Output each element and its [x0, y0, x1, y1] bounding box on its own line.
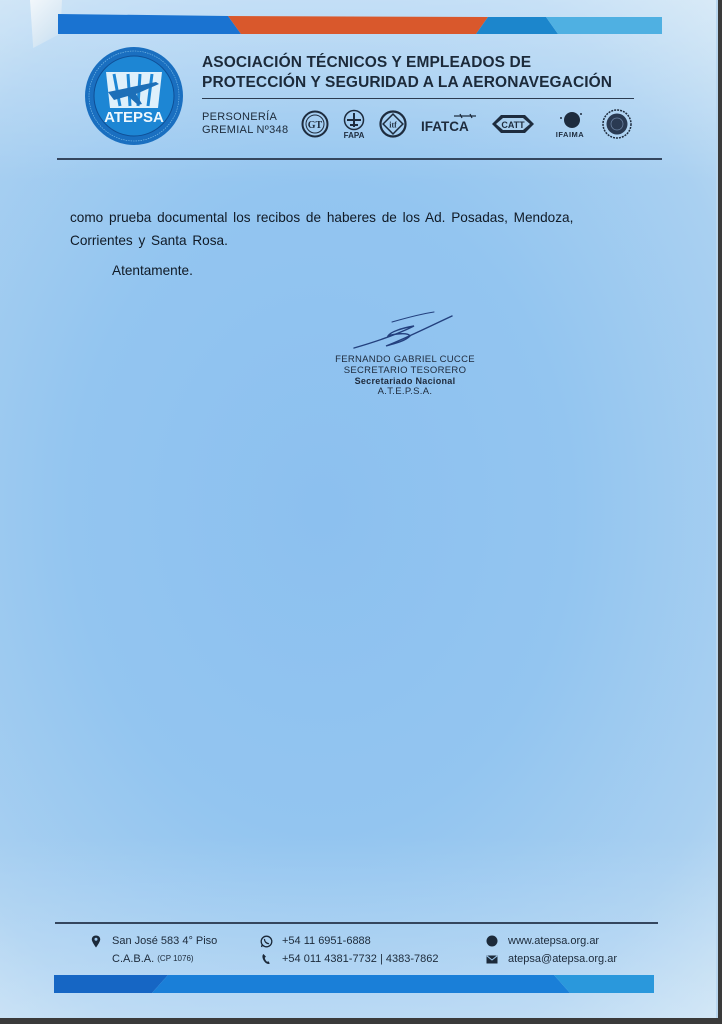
- footer-color-stripe: [54, 975, 654, 993]
- signer-department: Secretariado Nacional: [330, 376, 480, 387]
- ifaima-logo-icon: IFAIMA: [548, 107, 592, 141]
- letter-body: como prueba documental los recibos de ha…: [70, 206, 650, 252]
- envelope-icon: [484, 955, 500, 964]
- ifatca-logo-icon: IFATCA: [420, 107, 480, 141]
- organization-name: ASOCIACIÓN TÉCNICOS Y EMPLEADOS DE PROTE…: [202, 53, 642, 93]
- map-pin-icon: [88, 935, 104, 948]
- organization-name-line1: ASOCIACIÓN TÉCNICOS Y EMPLEADOS DE: [202, 53, 642, 73]
- fapa-logo-icon: FAPA: [340, 107, 368, 141]
- atepsa-logo: ATEPSA: [84, 46, 184, 146]
- svg-text:GT: GT: [308, 120, 323, 131]
- footer-divider: [55, 922, 658, 924]
- signer-organization: A.T.E.P.S.A.: [330, 387, 480, 398]
- phone-icon: [258, 953, 274, 965]
- svg-text:CATT: CATT: [501, 120, 525, 130]
- signer-title: SECRETARIO TESORERO: [330, 366, 480, 377]
- personeria-label: PERSONERÍA: [202, 111, 288, 124]
- seal-logo-icon: [600, 107, 634, 141]
- title-divider: [202, 98, 634, 99]
- signer-name: FERNANDO GABRIEL CUCCE: [330, 355, 480, 366]
- handwritten-signature: [352, 310, 456, 354]
- organization-name-line2: PROTECCIÓN Y SEGURIDAD A LA AERONAVEGACI…: [202, 73, 642, 93]
- email-link[interactable]: atepsa@atepsa.org.ar: [508, 950, 617, 968]
- catt-logo-icon: CATT: [491, 107, 535, 141]
- itf-logo-icon: itf: [378, 107, 408, 141]
- header-color-stripe: [58, 14, 662, 34]
- closing-salutation: Atentamente.: [112, 263, 193, 278]
- header-divider: [57, 158, 662, 160]
- body-line: Corrientes y Santa Rosa.: [70, 229, 650, 252]
- address-line2: C.A.B.A.: [112, 950, 154, 968]
- whatsapp-icon: [258, 935, 274, 948]
- website-link[interactable]: www.atepsa.org.ar: [508, 932, 599, 950]
- personeria-number: GREMIAL Nº348: [202, 124, 288, 137]
- phone-numbers[interactable]: +54 011 4381-7732 | 4383-7862: [282, 950, 439, 968]
- body-line: como prueba documental los recibos de ha…: [70, 206, 650, 229]
- svg-text:IFATCA: IFATCA: [421, 119, 469, 134]
- footer-address: San José 583 4° Piso C.A.B.A. (CP 1076): [88, 932, 217, 968]
- address-line1: San José 583 4° Piso: [112, 932, 217, 950]
- svg-text:ATEPSA: ATEPSA: [104, 109, 164, 126]
- postal-code: (CP 1076): [157, 950, 193, 968]
- footer-web: www.atepsa.org.ar atepsa@atepsa.org.ar: [484, 932, 617, 968]
- footer-phones: +54 11 6951-6888 +54 011 4381-7732 | 438…: [258, 932, 439, 968]
- svg-text:IFAIMA: IFAIMA: [556, 130, 584, 139]
- globe-icon: [484, 935, 500, 947]
- svg-text:itf: itf: [389, 121, 397, 130]
- cgt-logo-icon: GT: [300, 107, 330, 141]
- signature-stamp: FERNANDO GABRIEL CUCCE SECRETARIO TESORE…: [330, 355, 480, 397]
- personeria-gremial: PERSONERÍA GREMIAL Nº348: [202, 111, 288, 137]
- letter-page: ATEPSA ASOCIACIÓN TÉCNICOS Y EMPLEADOS D…: [0, 0, 718, 1018]
- svg-text:FAPA: FAPA: [344, 131, 365, 139]
- whatsapp-number[interactable]: +54 11 6951-6888: [282, 932, 371, 950]
